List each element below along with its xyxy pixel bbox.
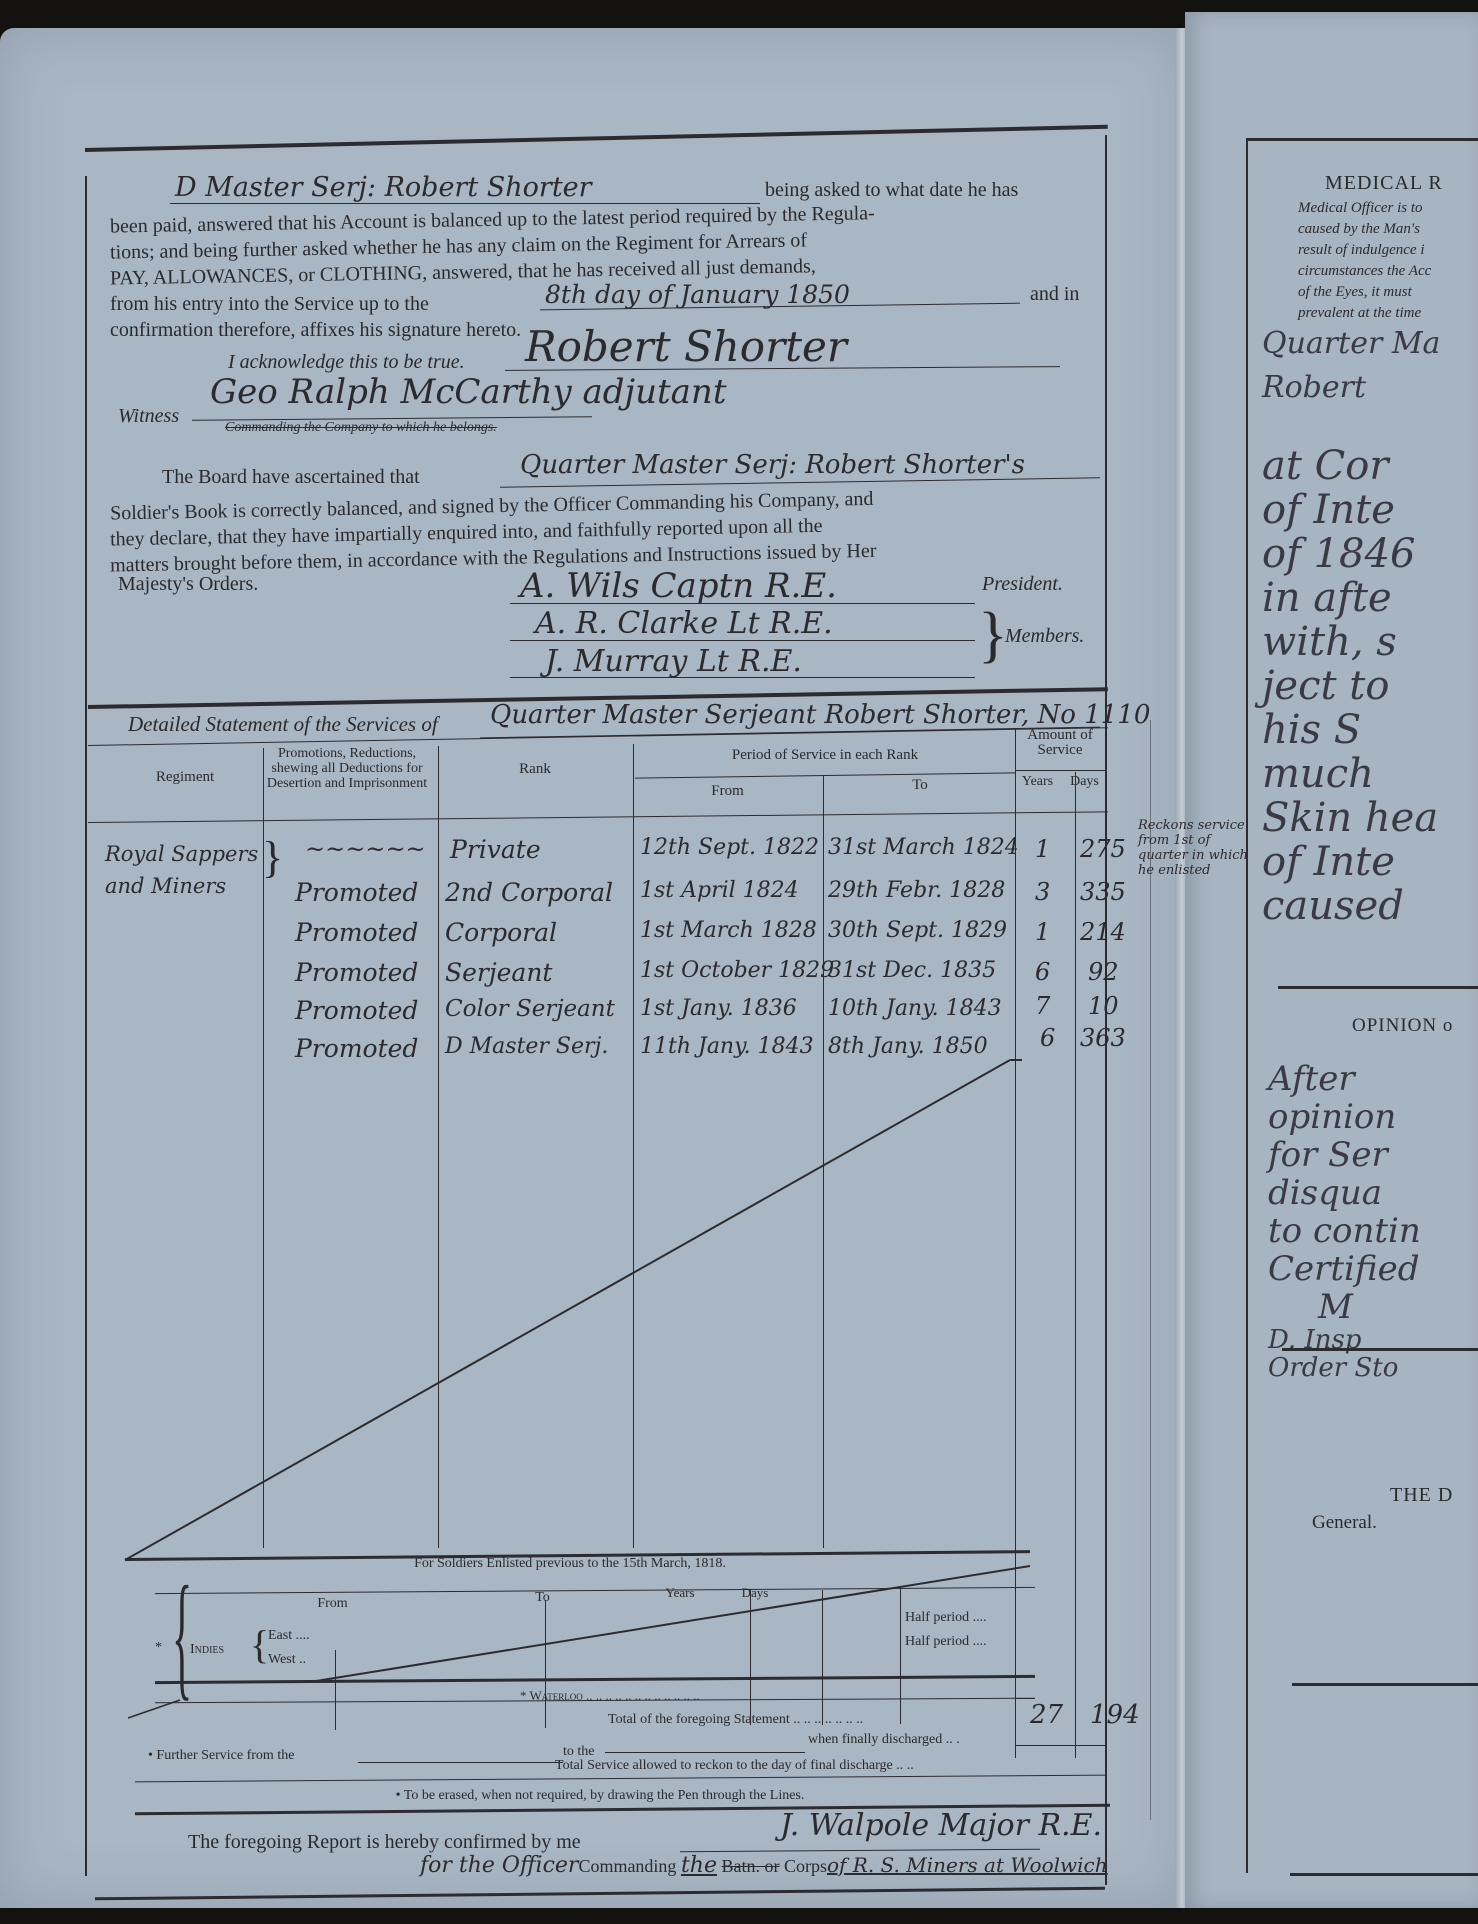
right-frame-rule-left (1246, 138, 1248, 1873)
medical-hand-line: of Inte (1262, 488, 1440, 532)
total-foregoing: Total of the foregoing Statement .. .. .… (608, 1712, 863, 1727)
medical-hand-line: with, s (1262, 620, 1440, 664)
right-top-rule (1248, 138, 1478, 141)
medical-hand-line: his S (1262, 708, 1440, 752)
further-service: • Further Service from the (148, 1748, 294, 1763)
pre1818-from: From (230, 1596, 435, 1611)
opinion-hand-line: Certified (1268, 1250, 1421, 1288)
opinion-hand-line: After (1268, 1060, 1421, 1098)
opinion-hand-line: opinion (1268, 1098, 1421, 1136)
medical-hand-line: of Inte (1262, 840, 1440, 884)
indies-west: West .. (268, 1652, 306, 1667)
pre1818-col-3 (750, 1590, 751, 1725)
pre1818-asterisk: * (155, 1640, 162, 1655)
indies-label: Indies (190, 1642, 224, 1657)
corps-text: Corps (784, 1856, 827, 1876)
hand-the: the (681, 1853, 717, 1878)
medical-handwriting: Quarter Ma Robert at Cor of Inte of 1846… (1262, 322, 1440, 928)
medical-hand-line: caused (1262, 884, 1440, 928)
medical-title: MEDICAL R (1325, 172, 1443, 195)
right-bottom-rule (1290, 1873, 1478, 1876)
medical-line: circumstances the Acc (1298, 261, 1431, 282)
finally-discharged: when finally discharged .. . (808, 1732, 960, 1747)
half-period-2: Half period .... (905, 1634, 987, 1649)
indies-brace: { (250, 1625, 269, 1665)
pre1818-title: For Soldiers Enlisted previous to the 15… (170, 1556, 970, 1571)
pre1818-to: To (440, 1590, 645, 1605)
medical-hand-line: much (1262, 752, 1440, 796)
further-service-to: to the (563, 1744, 595, 1759)
opinion-hand-line: M (1268, 1288, 1421, 1326)
opinion-bottom-rule (1282, 1348, 1478, 1351)
half-period-1: Half period .... (905, 1610, 987, 1625)
total-allowed: Total Service allowed to reckon to the d… (555, 1758, 914, 1773)
right-lower-rule (1292, 1683, 1478, 1686)
opinion-hand-line: disqua (1268, 1174, 1421, 1212)
opinion-handwriting: After opinion for Ser disqua to contin C… (1268, 1060, 1421, 1382)
total-years: 27 (1030, 1700, 1063, 1730)
pre1818-col-5 (900, 1586, 901, 1724)
opinion-hand-line: for Ser (1268, 1136, 1421, 1174)
finally-discharged-label: when finally discharged (808, 1732, 942, 1747)
medical-line: prevalent at the time (1298, 303, 1431, 324)
confirmation-line2: for the OfficerCommanding the Batn. or C… (420, 1852, 1108, 1879)
medical-line: of the Eyes, it must (1298, 282, 1431, 303)
medical-hand-line: Skin hea (1262, 796, 1440, 840)
struck-batn-or: Batn. or (721, 1856, 779, 1876)
pre1818-col-1 (335, 1650, 336, 1730)
further-from-blank[interactable] (358, 1762, 563, 1763)
opinion-hand-line: to contin (1268, 1212, 1421, 1250)
further-service-label: Further Service from the (156, 1748, 294, 1763)
medical-hand-line: at Cor (1262, 444, 1440, 488)
strike-through-diagonals (0, 0, 1478, 1924)
confirmation-label: The foregoing Report is hereby confirmed… (188, 1830, 581, 1854)
medical-hand-line: Robert (1262, 366, 1440, 410)
pre1818-col-2 (545, 1600, 546, 1728)
total-allowed-label: Total Service allowed to reckon to the d… (555, 1758, 893, 1773)
spacer (1262, 410, 1440, 444)
the-d-heading: THE D (1390, 1484, 1453, 1507)
indies-east: East .... (268, 1628, 310, 1643)
medical-hand-line: of 1846 (1262, 532, 1440, 576)
erase-note: • To be erased, when not required, by dr… (200, 1788, 1000, 1803)
medical-hand-line: in afte (1262, 576, 1440, 620)
total-days: 194 (1090, 1700, 1140, 1730)
erase-note-text: To be erased, when not required, by draw… (404, 1788, 805, 1803)
commanding-text: Commanding (578, 1856, 676, 1876)
medical-instructions: Medical Officer is tocaused by the Man's… (1298, 198, 1431, 324)
totals-subrule (1015, 1745, 1105, 1746)
pre1818-days: Days (720, 1585, 790, 1600)
corps-hand-suffix: of R. S. Miners at Woolwich (827, 1853, 1108, 1877)
medical-line: result of indulgence i (1298, 240, 1431, 261)
pre1818-years: Years (645, 1585, 715, 1600)
medical-line: caused by the Man's (1298, 219, 1431, 240)
total-foregoing-label: Total of the foregoing Statement (608, 1712, 790, 1727)
pre1818-col-4 (822, 1590, 823, 1725)
further-to-blank[interactable] (605, 1752, 805, 1753)
medical-line: Medical Officer is to (1298, 198, 1431, 219)
for-the-officer: for the Officer (420, 1853, 578, 1878)
confirming-officer-signature: J. Walpole Major R.E. (780, 1808, 1102, 1843)
pre1818-brace: { (172, 1566, 192, 1706)
opinion-title: OPINION o (1352, 1015, 1453, 1037)
opinion-hand-line: Order Sto (1268, 1354, 1421, 1382)
opinion-top-rule (1278, 986, 1478, 989)
medical-hand-line: ject to (1262, 664, 1440, 708)
general-label: General. (1312, 1512, 1377, 1534)
medical-hand-line: Quarter Ma (1262, 322, 1440, 366)
